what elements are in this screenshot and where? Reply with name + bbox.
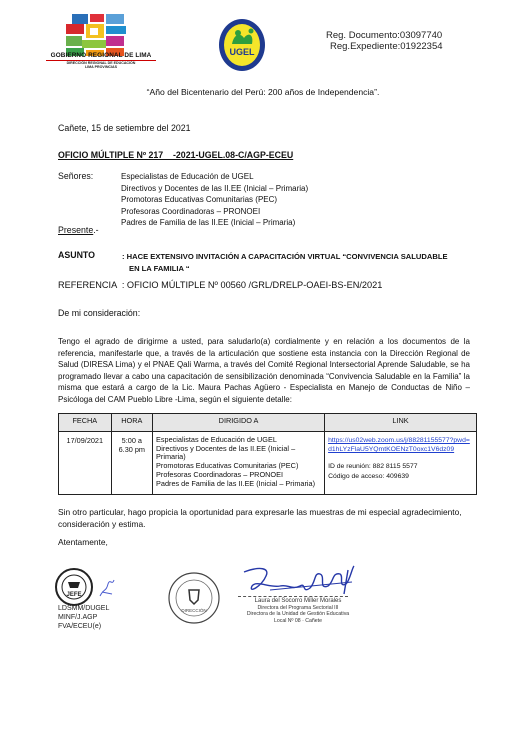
header-dirigido: DIRIGIDO A [153,414,325,432]
recipients-label: Señores: [58,171,93,181]
initials-block: LDSMM/DUGEL MINF/J.AGP FVA/ECEU(e) [58,604,109,631]
asunto-text: : HACE EXTENSIVO INVITACIÓN A CAPACITACI… [122,251,462,274]
gobierno-regional-title: GOBIERNO REGIONAL DE LIMA [46,52,156,61]
signer-title: Directora del Programa Sectorial III [228,605,368,612]
svg-text:DIRECCIÓN: DIRECCIÓN [181,607,206,613]
zoom-meeting-link[interactable]: https://us02web.zoom.us/j/88281155577?pw… [328,436,473,454]
closing-paragraph: Sin otro particular, hago propicia la op… [58,506,478,530]
asunto-line-1: : HACE EXTENSIVO INVITACIÓN A CAPACITACI… [122,252,448,261]
presente-word: Presente [58,225,93,235]
header-hora: HORA [111,414,152,432]
salutation: De mi consideración: [58,308,140,318]
spacer [328,454,473,462]
signature-line [238,596,348,597]
reg-documento: Reg. Documento:03097740 [326,30,442,41]
cell-dirigido: Especialistas de Educación de UGEL Direc… [153,432,325,495]
recipient-item: Profesoras Coordinadoras – PRONOEI [121,206,308,218]
header-link: LINK [325,414,477,432]
initials-line: LDSMM/DUGEL [58,604,109,613]
direccion-seal-stamp: DIRECCIÓN [168,572,220,624]
table-header-row: FECHA HORA DIRIGIDO A LINK [59,414,477,432]
initial-signature-mark [96,574,118,600]
initials-line: FVA/ECEU(e) [58,622,109,631]
document-date: Cañete, 15 de setiembre del 2021 [58,123,191,133]
signer-title: Directora de la Unidad de Gestión Educat… [228,611,368,618]
cell-link: https://us02web.zoom.us/j/88281155577?pw… [325,432,477,495]
meeting-id: ID de reunión: 882 8115 5577 [328,462,473,472]
gob-sub-line-2: LIMA PROVINCIAS [46,65,156,69]
asunto-label: ASUNTO [58,250,95,260]
ugel-logo: UGEL [218,18,266,72]
jefe-seal-stamp: JEFE [55,568,93,606]
svg-text:JEFE: JEFE [66,592,81,598]
referencia: REFERENCIA : OFICIO MÚLTIPLE Nº 00560 /G… [58,280,382,290]
hora-end: 6.30 pm [115,445,149,454]
cell-fecha: 17/09/2021 [59,432,112,495]
header-fecha: FECHA [59,414,112,432]
signer-title: Local Nº 08 · Cañete [228,618,368,625]
dirigido-item: Directivos y Docentes de las II.EE (Inic… [156,445,321,462]
dirigido-item: Padres de Familia de las II.EE (Inicial … [156,480,321,489]
initials-line: MINF/J.AGP [58,613,109,622]
recipient-item: Especialistas de Educación de UGEL [121,171,308,183]
reg-expediente: Reg.Expediente:01922354 [330,41,443,52]
recipients-list: Especialistas de Educación de UGEL Direc… [121,171,308,229]
recipient-item: Directivos y Docentes de las II.EE (Inic… [121,183,308,195]
atentamente: Atentamente, [58,537,108,547]
presente: Presente.- [58,225,99,235]
gobierno-regional-subtitle: DIRECCIÓN REGIONAL DE EDUCACIÓN LIMA PRO… [46,61,156,69]
oficio-number: OFICIO MÚLTIPLE Nº 217 -2021-UGEL.08-C/A… [58,150,293,160]
signer-block: Laura del Socorro Miller Morales Directo… [228,598,368,624]
body-paragraph: Tengo el agrado de dirigirme a usted, pa… [58,336,470,406]
access-code: Código de acceso: 409639 [328,472,473,482]
year-motto: “Año del Bicentenario del Perú: 200 años… [0,87,526,97]
presente-suffix: .- [93,225,98,235]
recipient-item: Padres de Familia de las II.EE (Inicial … [121,217,308,229]
signer-name: Laura del Socorro Miller Morales [228,598,368,605]
hora-start: 5:00 a [115,436,149,445]
recipient-item: Promotoras Educativas Comunitarias (PEC) [121,194,308,206]
asunto-line-2: EN LA FAMILIA “ [122,263,462,275]
cell-hora: 5:00 a 6.30 pm [111,432,152,495]
table-row: 17/09/2021 5:00 a 6.30 pm Especialistas … [59,432,477,495]
svg-text:UGEL: UGEL [229,47,255,57]
schedule-table: FECHA HORA DIRIGIDO A LINK 17/09/2021 5:… [58,413,477,495]
